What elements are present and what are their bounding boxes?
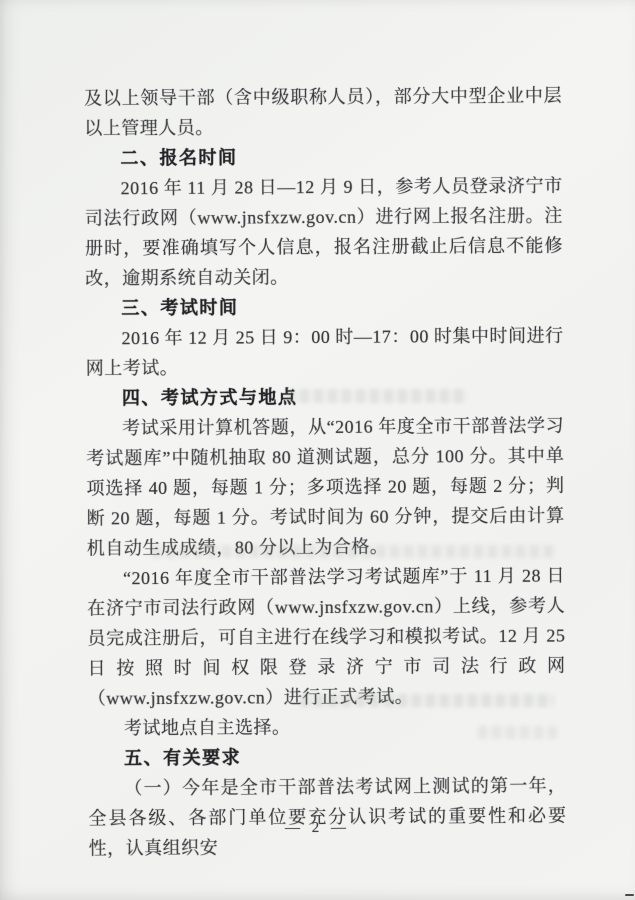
paragraph: 及以上领导干部（含中级职称人员），部分大中型企业中层以上管理人员。 bbox=[84, 81, 562, 144]
paragraph: 2016 年 12 月 25 日 9：00 时—17：00 时集中时间进行网上考… bbox=[85, 321, 563, 384]
ink-bleedthrough-smudge bbox=[152, 545, 556, 558]
document-body: 及以上领导干部（含中级职称人员），部分大中型企业中层以上管理人员。二、报名时间2… bbox=[84, 81, 567, 864]
scanned-document-page: 及以上领导干部（含中级职称人员），部分大中型企业中层以上管理人员。二、报名时间2… bbox=[0, 0, 635, 900]
paragraph: （一）今年是全市干部普法考试网上测试的第一年，全县各级、各部门单位要充分认识考试… bbox=[88, 771, 567, 864]
paragraph: 2016 年 11 月 28 日—12 月 9 日，参考人员登录济宁市司法行政网… bbox=[85, 171, 564, 294]
paragraph: 考试采用计算机答题，从“2016 年度全市干部普法学习考试题库”中随机抽取 80… bbox=[86, 411, 565, 564]
ink-bleedthrough-smudge bbox=[300, 694, 554, 707]
section-heading: 二、报名时间 bbox=[84, 141, 562, 174]
section-heading: 三、考试时间 bbox=[85, 291, 563, 324]
paragraph: “2016 年度全市干部普法学习考试题库”于 11 月 28 日在济宁市司法行政… bbox=[87, 561, 566, 714]
section-heading: 五、有关要求 bbox=[88, 741, 566, 774]
scan-edge-artifact bbox=[625, 894, 634, 897]
page-number: — 2 — bbox=[0, 818, 635, 838]
ink-bleedthrough-smudge bbox=[286, 389, 468, 403]
ink-bleedthrough-smudge bbox=[478, 726, 558, 739]
